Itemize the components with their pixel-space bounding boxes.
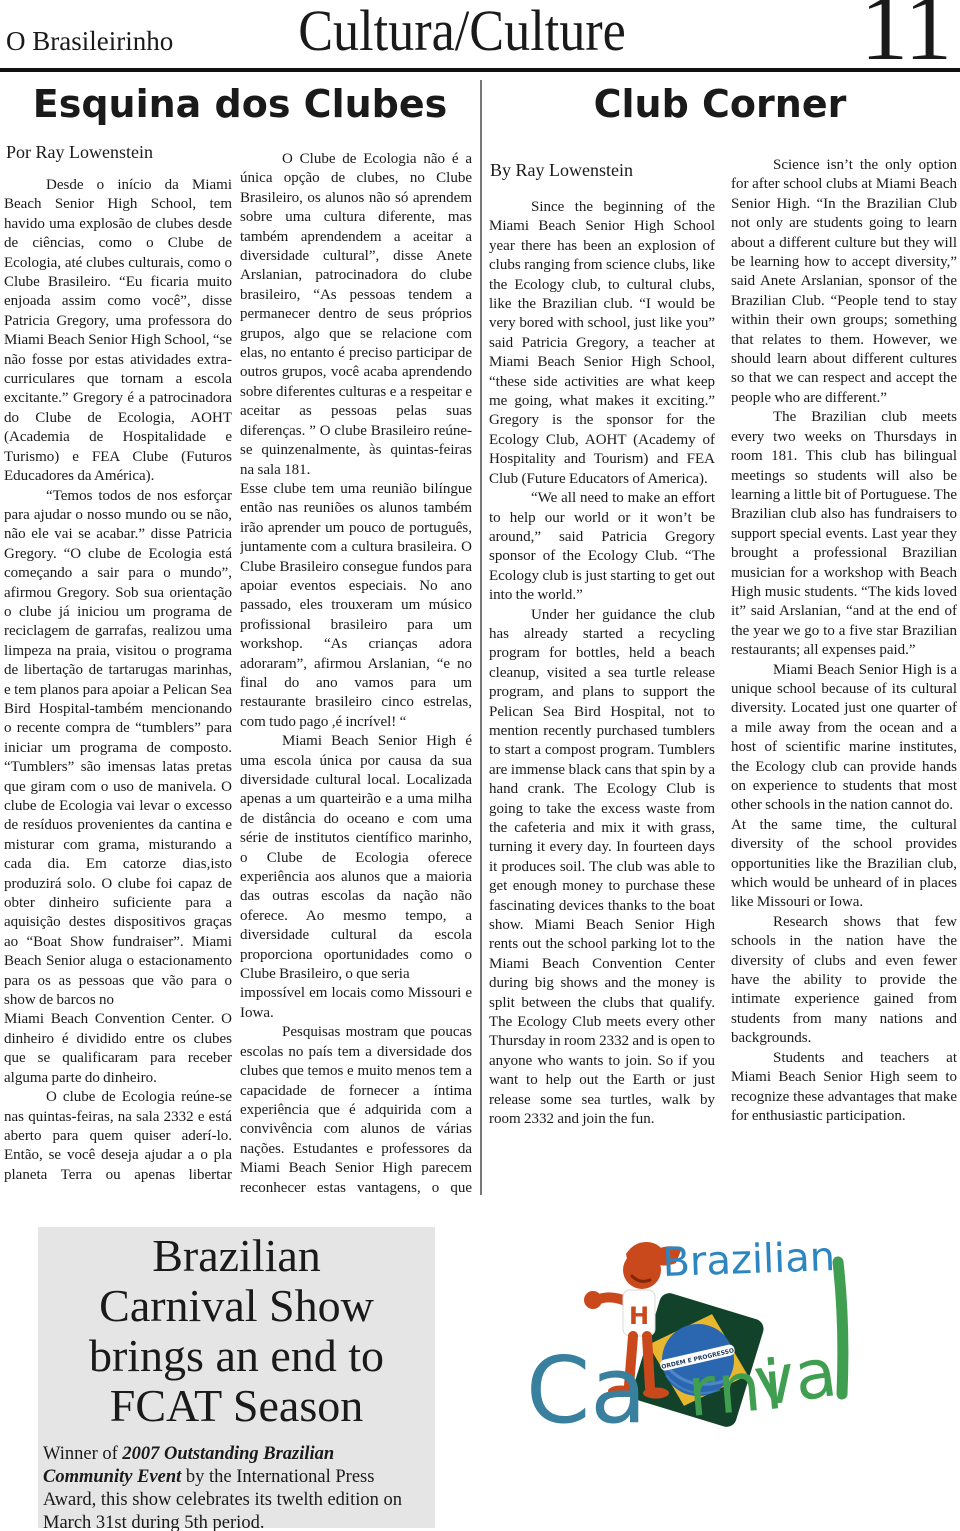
column-divider — [480, 80, 482, 1195]
logo-word-va: va — [749, 1333, 841, 1423]
paragraph: impossível em locais como Missouri e Iow… — [240, 984, 472, 1023]
headline-club-corner: Club Corner — [480, 82, 960, 126]
paragraph: O clube de Ecologia reúne-se nas quintas… — [4, 1088, 232, 1186]
carnival-announcement-box: Brazilian Carnival Show brings an end to… — [38, 1227, 435, 1528]
logo-word-brazilian: Brazilian — [662, 1234, 836, 1286]
byline-english: By Ray Lowenstein — [490, 160, 633, 181]
page-number: 11 — [861, 0, 952, 75]
portuguese-column-2: O Clube de Ecologia não é a única opção … — [240, 150, 472, 1196]
carnival-headline-line: Brazilian — [38, 1231, 435, 1281]
carnival-headline-line: FCAT Season — [38, 1381, 435, 1431]
english-column-1: Since the beginning of the Miami Beach S… — [489, 198, 715, 1190]
paragraph: Miami Beach Senior High is a unique scho… — [731, 661, 957, 816]
logo-letter-l — [838, 1262, 843, 1394]
paragraph: O Clube de Ecologia não é a única opção … — [240, 150, 472, 480]
headline-esquina-dos-clubes: Esquina dos Clubes — [0, 82, 480, 126]
section-title-text: Cultura/Culture — [298, 0, 626, 62]
paragraph: Esse clube tem uma reunião bilíngue entã… — [240, 480, 472, 732]
paragraph: Miami Beach Convention Center. O dinheir… — [4, 1010, 232, 1088]
carnival-caption: Winner of 2007 Outstanding Brazilian Com… — [38, 1431, 435, 1531]
paragraph: “Temos todos de nos esforçar para ajudar… — [4, 487, 232, 1011]
portuguese-column-1: Desde o início da Miami Beach Senior Hig… — [4, 176, 232, 1186]
caption-prefix: Winner of — [43, 1444, 122, 1464]
paragraph: Desde o início da Miami Beach Senior Hig… — [4, 176, 232, 487]
carnival-headline-line: Carnival Show — [38, 1281, 435, 1331]
paragraph: Miami Beach Senior High é uma escola úni… — [240, 732, 472, 984]
section-title: Cultura/Culture — [0, 0, 960, 62]
newspaper-page: { "masthead": { "paper_name": "O Brasile… — [0, 0, 960, 1531]
paragraph: The Brazilian club meets every two weeks… — [731, 408, 957, 660]
english-column-2: Science isn’t the only option for after … — [731, 156, 957, 1196]
character-foot — [643, 1388, 669, 1399]
character-head — [623, 1251, 661, 1289]
paragraph: Research shows that few schools in the n… — [731, 913, 957, 1049]
carnival-headline: Brazilian Carnival Show brings an end to… — [38, 1231, 435, 1431]
carnival-headline-line: brings an end to — [38, 1331, 435, 1381]
paragraph: At the same time, the cultural diversity… — [731, 816, 957, 913]
paragraph: Students and teachers at Miami Beach Sen… — [731, 1049, 957, 1127]
logo-word-ca: Ca — [526, 1337, 647, 1444]
byline-portuguese: Por Ray Lowenstein — [6, 142, 153, 163]
paragraph: Under her guidance the club has already … — [489, 606, 715, 1130]
shirt-letter: H — [629, 1302, 649, 1330]
character-mitten — [584, 1291, 602, 1309]
brazilian-carnival-logo: ORDEM E PROGRESSO rni H Brazilian Ca va — [500, 1210, 960, 1531]
masthead-rule — [0, 68, 960, 72]
character-leg — [647, 1336, 650, 1388]
paragraph: Pesquisas mostram que poucas escolas no … — [240, 1023, 472, 1196]
paragraph: Since the beginning of the Miami Beach S… — [489, 198, 715, 489]
paragraph: “We all need to make an effort to help o… — [489, 489, 715, 605]
paragraph: Science isn’t the only option for after … — [731, 156, 957, 408]
